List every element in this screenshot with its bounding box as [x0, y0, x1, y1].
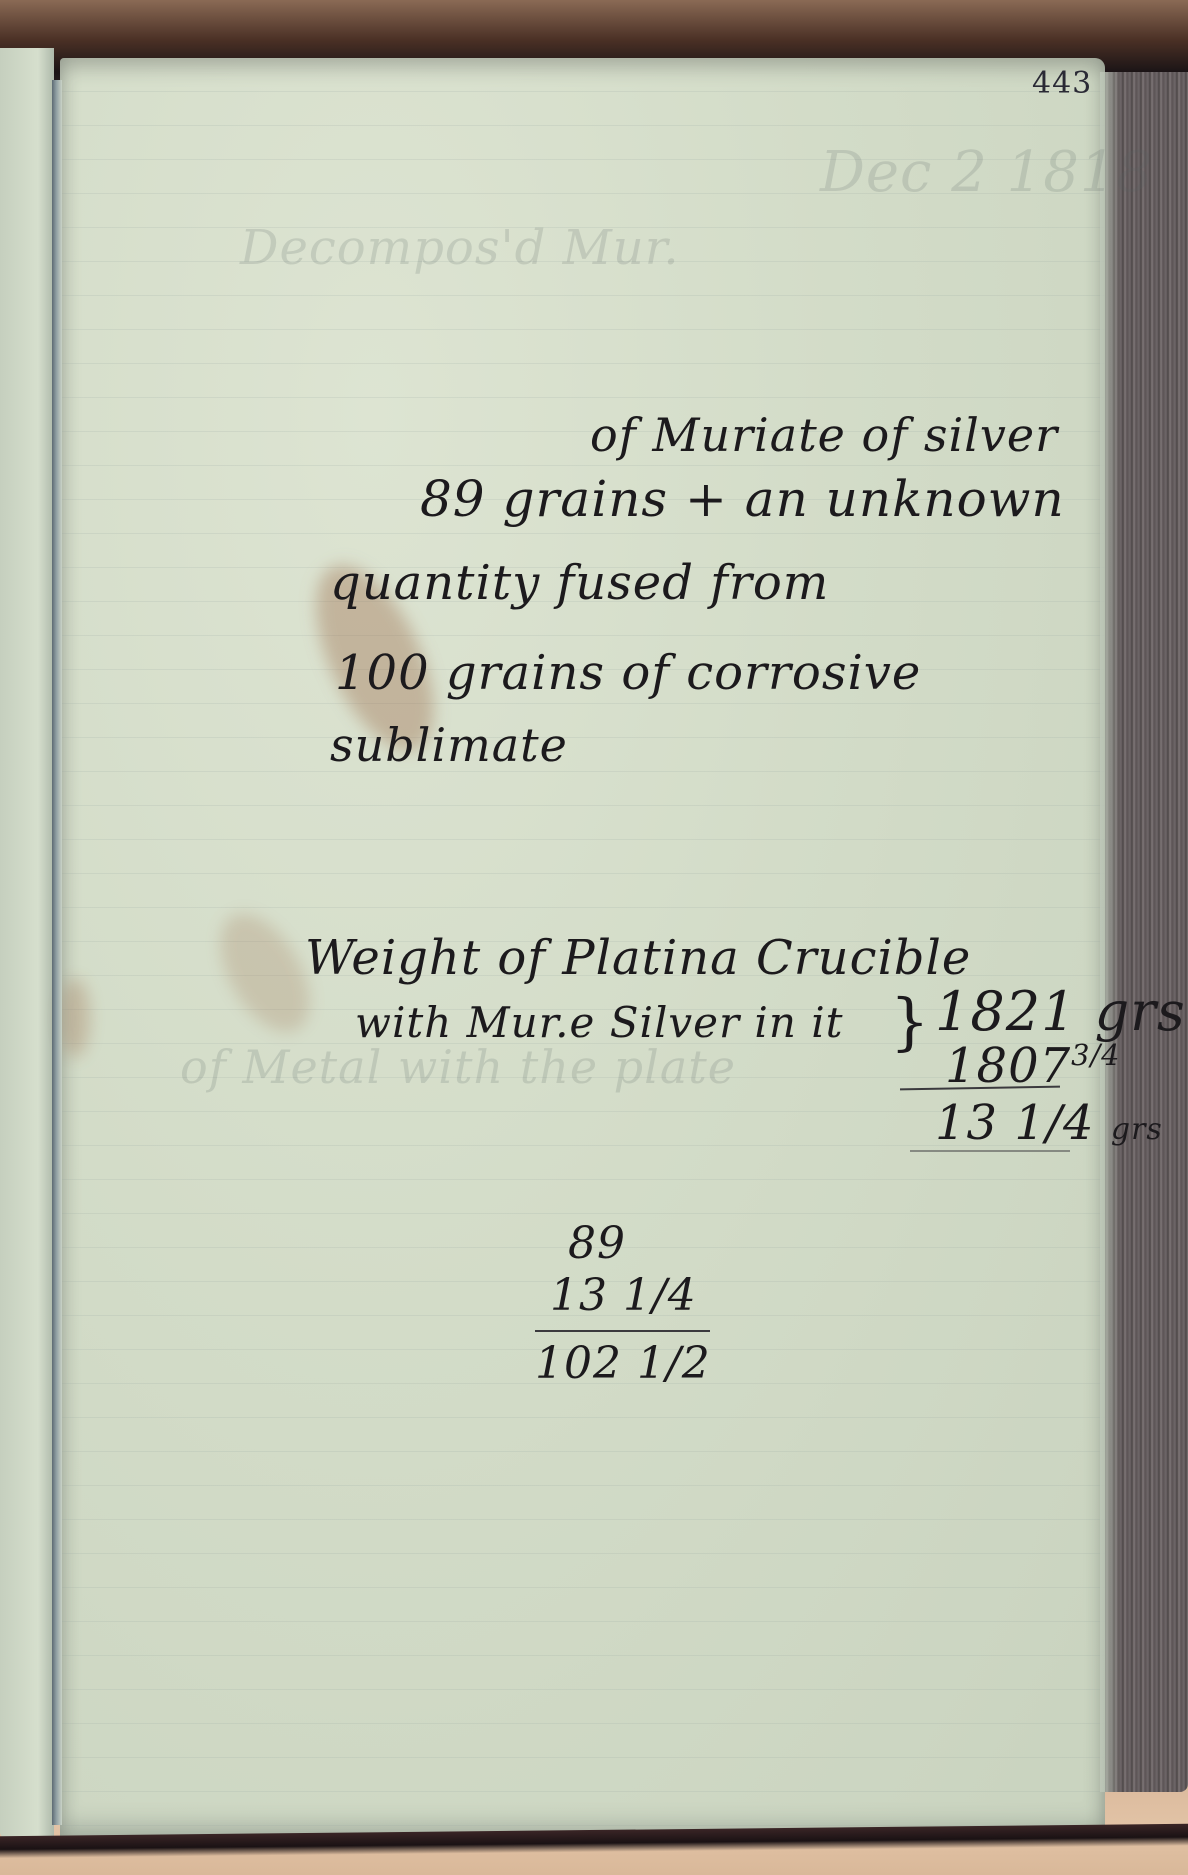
- sum-rule: [535, 1330, 710, 1332]
- page-edge-shade: [1100, 72, 1120, 1792]
- sum-addend-a: 89: [568, 1218, 626, 1269]
- sum-total: 102 1/2: [535, 1338, 711, 1389]
- bleed-through-text: of Metal with the plate: [180, 1040, 736, 1094]
- muriate-note-line-3: quantity fused from: [330, 555, 829, 611]
- stain-left-edge: [60, 978, 90, 1058]
- net-underline: [910, 1150, 1070, 1152]
- bleed-through-text: Dec 2 1818: [820, 140, 1153, 205]
- muriate-note-line-5: sublimate: [330, 718, 568, 772]
- muriate-note-line-4: 100 grains of corrosive: [335, 645, 921, 701]
- crucible-label-line-1: Weight of Platina Crucible: [305, 930, 971, 986]
- page-number: 443: [1032, 66, 1092, 101]
- muriate-note-line-1: of Muriate of silver: [590, 408, 1058, 462]
- crucible-gross-weight: 1821 grs: [935, 980, 1186, 1043]
- crucible-net-weight: 13 1/4 grs: [935, 1095, 1163, 1151]
- muriate-note-line-2: 89 grains + an unknown: [420, 470, 1065, 528]
- bleed-through-text: Decompos'd Mur.: [240, 220, 680, 276]
- brace-symbol: }: [890, 985, 930, 1058]
- sum-addend-b: 13 1/4: [550, 1270, 697, 1321]
- book-gutter: [52, 80, 62, 1825]
- crucible-label-line-2: with Mur.e Silver in it: [355, 998, 844, 1047]
- facing-page-edge: [0, 48, 54, 1838]
